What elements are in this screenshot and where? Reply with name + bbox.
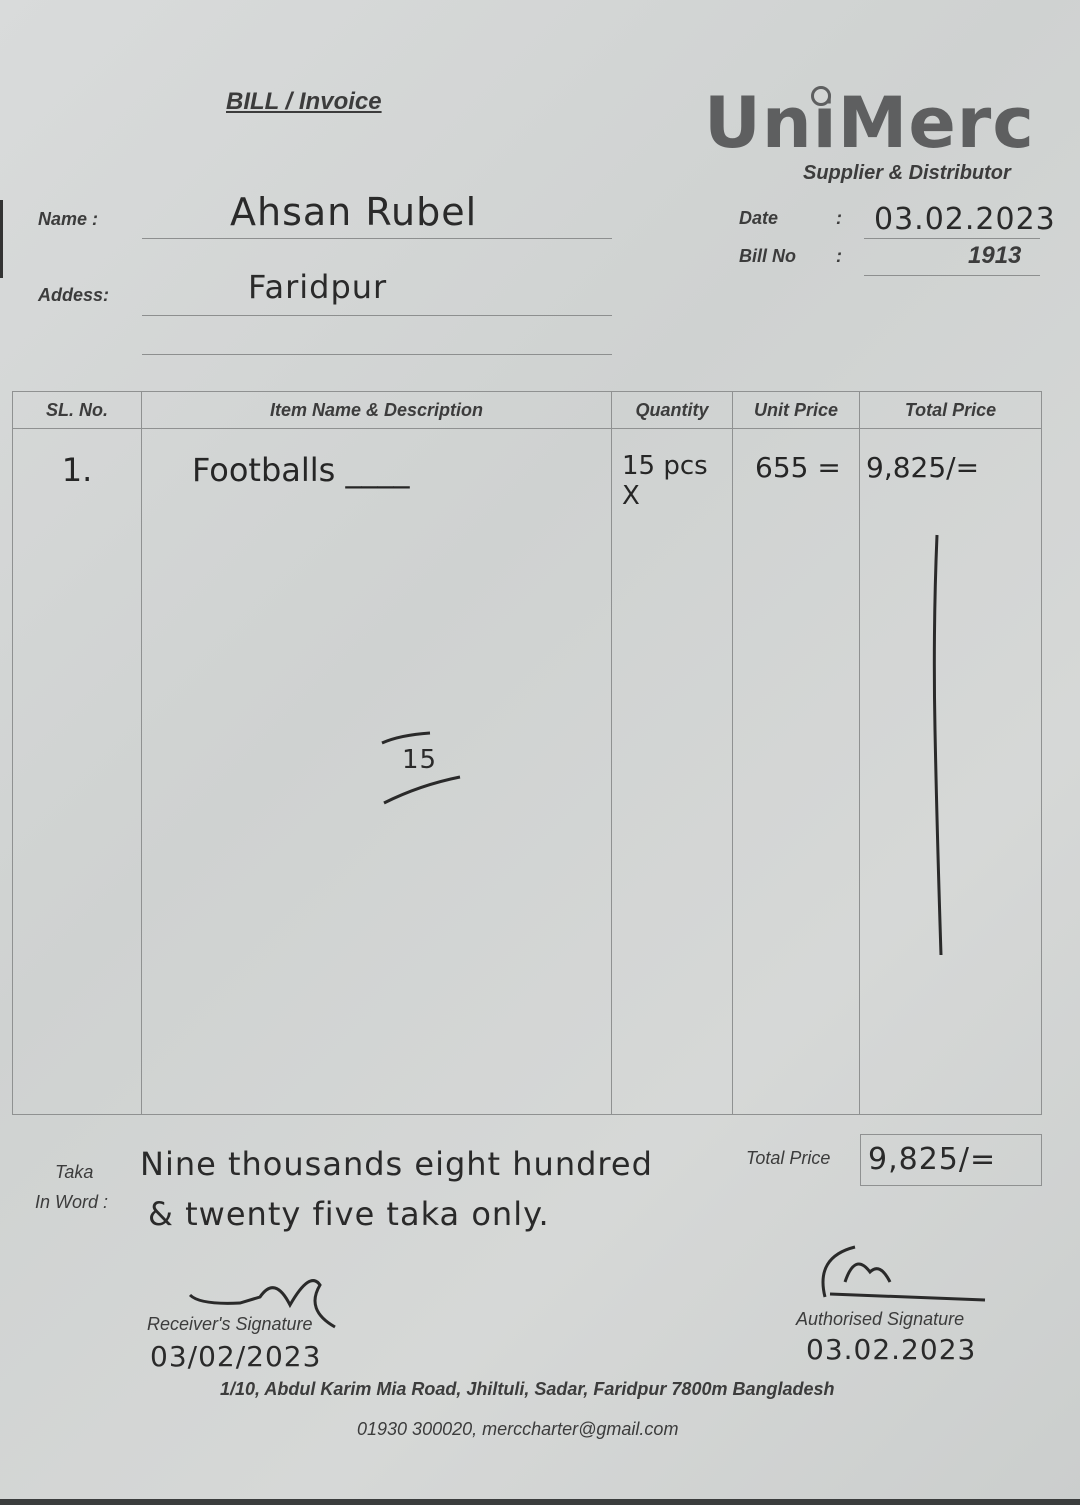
document-title: BILL / Invoice xyxy=(226,88,382,116)
address-underline-2 xyxy=(142,354,612,355)
page-bottom-edge xyxy=(0,1499,1080,1505)
footer-contact: 01930 300020, merccharter@gmail.com xyxy=(357,1419,678,1440)
header-sl-no: SL. No. xyxy=(13,392,142,429)
brand-logo: UniMerc xyxy=(704,82,1035,164)
date-value: 03.02.2023 xyxy=(874,202,1056,237)
table-header-row: SL. No. Item Name & Description Quantity… xyxy=(13,392,1042,429)
table-row: 1. Footballs ____ 15 pcs X 655 = 9,825/= xyxy=(13,429,1042,1115)
brand-tagline: Supplier & Distributor xyxy=(803,162,1011,185)
address-label: Addess: xyxy=(38,285,109,306)
receiver-signature-date: 03/02/2023 xyxy=(150,1340,321,1373)
page-edge-mark xyxy=(0,200,3,278)
taka-label: Taka xyxy=(55,1162,93,1183)
vertical-strike-line xyxy=(925,530,955,960)
name-value: Ahsan Rubel xyxy=(230,190,477,234)
amount-in-words-line2: & twenty five taka only. xyxy=(148,1195,550,1233)
date-label: Date xyxy=(739,208,778,229)
name-label: Name : xyxy=(38,209,98,230)
cell-unit-price: 655 = xyxy=(733,429,860,1115)
header-unit-price: Unit Price xyxy=(733,392,860,429)
date-colon: : xyxy=(836,208,842,229)
annotation-marks xyxy=(370,725,480,815)
bill-no-label: Bill No xyxy=(739,246,796,267)
header-item-name: Item Name & Description xyxy=(142,392,612,429)
bill-no-underline xyxy=(864,275,1040,276)
bill-no-value: 1913 xyxy=(968,242,1021,270)
logo-ring-icon xyxy=(811,86,831,106)
name-underline xyxy=(142,238,612,239)
authorised-signature-mark xyxy=(815,1242,995,1312)
in-word-label: In Word : xyxy=(35,1192,108,1213)
address-underline xyxy=(142,315,612,316)
header-total-price: Total Price xyxy=(860,392,1042,429)
total-price-label: Total Price xyxy=(746,1148,830,1169)
address-value: Faridpur xyxy=(248,268,387,306)
authorised-signature-date: 03.02.2023 xyxy=(806,1333,976,1366)
cell-quantity: 15 pcs X xyxy=(612,429,733,1115)
footer-address: 1/10, Abdul Karim Mia Road, Jhiltuli, Sa… xyxy=(220,1379,835,1400)
amount-in-words-line1: Nine thousands eight hundred xyxy=(140,1145,653,1183)
cell-sl-no: 1. xyxy=(13,429,142,1115)
items-table: SL. No. Item Name & Description Quantity… xyxy=(12,391,1042,1115)
authorised-signature-label: Authorised Signature xyxy=(796,1309,964,1330)
date-underline xyxy=(864,238,1040,239)
bill-no-colon: : xyxy=(836,246,842,267)
receiver-signature-label: Receiver's Signature xyxy=(147,1314,313,1335)
total-price-value: 9,825/= xyxy=(868,1142,996,1177)
header-quantity: Quantity xyxy=(612,392,733,429)
